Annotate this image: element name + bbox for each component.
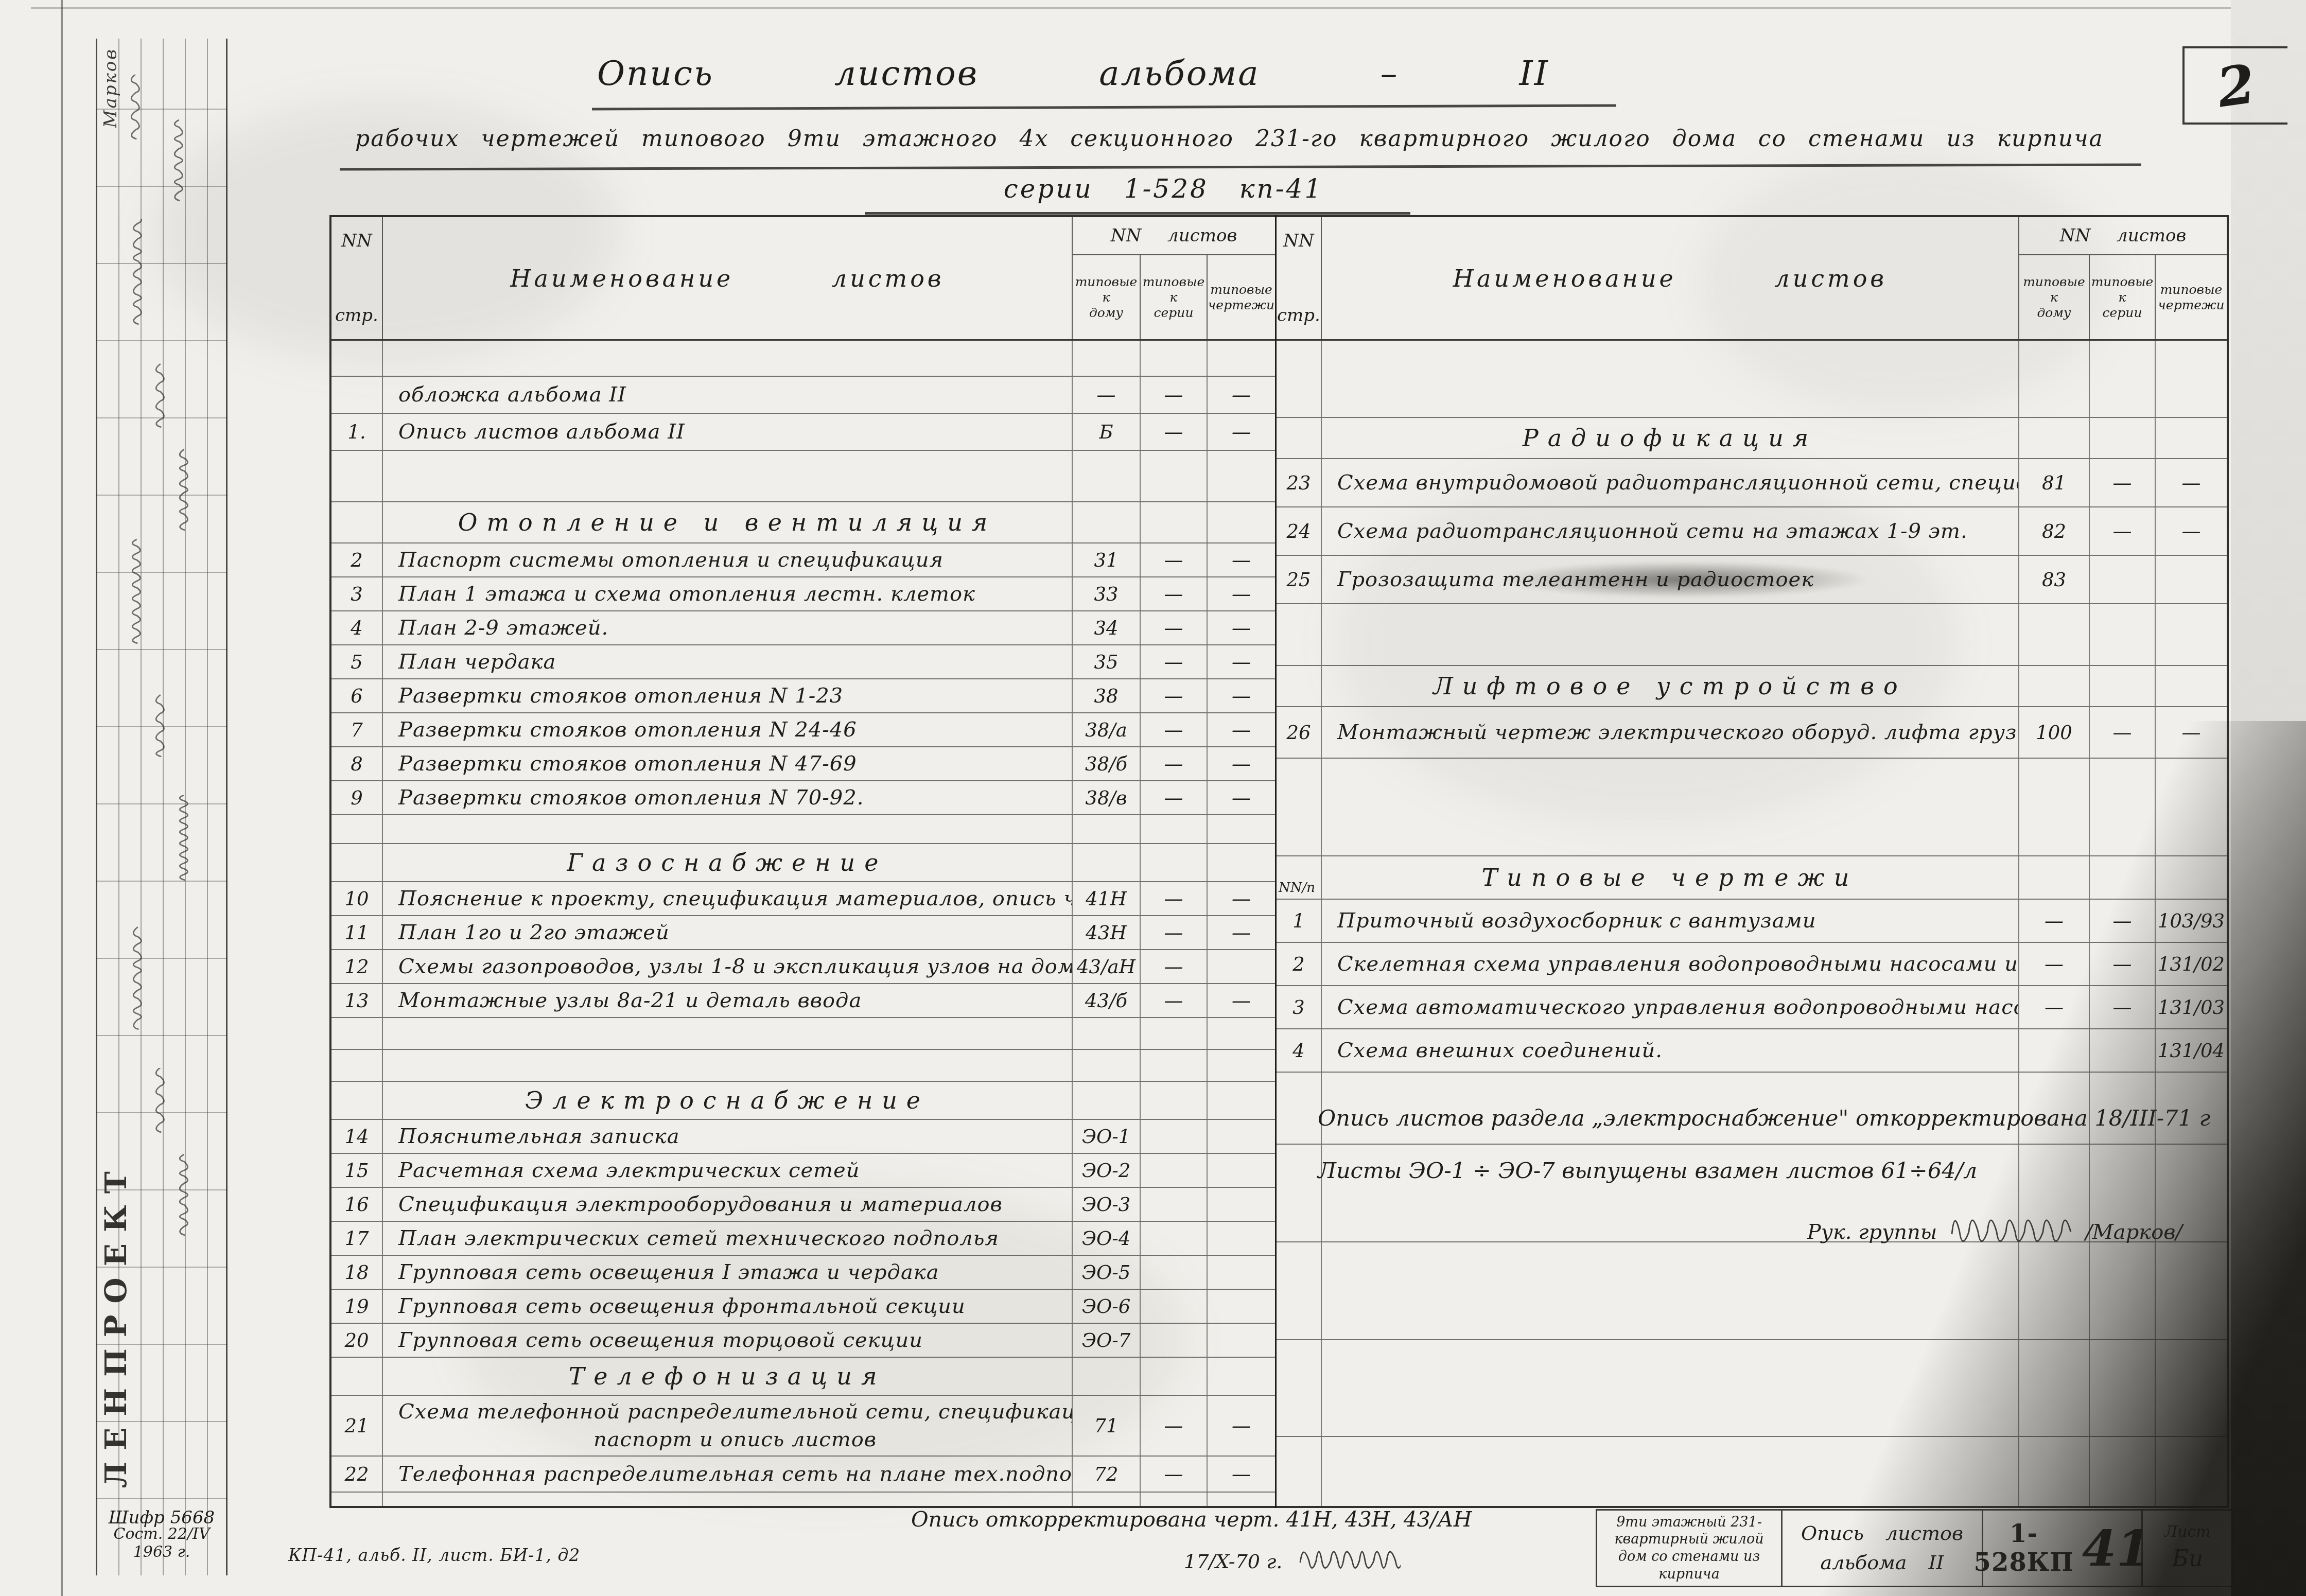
sheet-no-typical bbox=[1208, 502, 1275, 542]
sheet-no-house: 72 bbox=[1073, 1457, 1141, 1492]
section-row: Радиофикация bbox=[1277, 418, 2227, 459]
row-number: 11 bbox=[331, 916, 383, 949]
sheet-name: Грозозащита телеантенн и радиостоек bbox=[1322, 556, 2019, 603]
correction-note-bottom: Опись откорректирована черт. 41Н, 43Н, 4… bbox=[911, 1507, 1472, 1532]
sheet-no-typical bbox=[2156, 418, 2227, 458]
handwritten-entry bbox=[151, 692, 170, 759]
sheet-no-series: — bbox=[1141, 543, 1208, 576]
sheet-row: 2Паспорт системы отопления и спецификаци… bbox=[331, 543, 1275, 577]
sheet-no-typical bbox=[1208, 451, 1275, 501]
sheet-no-series: — bbox=[1141, 611, 1208, 644]
row-number: 2 bbox=[1277, 943, 1322, 985]
sheet-index-table-left: NN стр. Наименование листов NN листов ти… bbox=[329, 215, 1277, 1508]
sheet-row: 11План 1го и 2го этажей43Н—— bbox=[331, 916, 1275, 950]
row-number bbox=[1277, 1145, 1322, 1241]
sheet-name: Телефонизация bbox=[383, 1358, 1073, 1395]
sheet-name: Схема внутридомовой радиотрансляционной … bbox=[1322, 459, 2019, 506]
sheet-row: 17План электрических сетей технического … bbox=[331, 1222, 1275, 1256]
sheet-name: Развертки стояков отопления N 1-23 bbox=[383, 679, 1073, 712]
handwritten-entry bbox=[151, 363, 170, 430]
signature-squiggle bbox=[169, 116, 187, 203]
sheet-name: Пояснение к проекту, спецификация матери… bbox=[383, 882, 1073, 915]
row-number bbox=[331, 844, 383, 881]
empty-row bbox=[331, 1018, 1275, 1050]
empty-row bbox=[1277, 341, 2227, 418]
sheet-name bbox=[383, 1050, 1073, 1081]
sheet-name: Монтажные узлы 8а-21 и деталь ввода bbox=[383, 984, 1073, 1017]
row-number bbox=[331, 451, 383, 501]
empty-row bbox=[331, 1493, 1275, 1508]
signature-squiggle bbox=[128, 219, 146, 327]
handwritten-entry bbox=[128, 219, 148, 327]
sheet-row: 1.Опись листов альбома IIБ—— bbox=[331, 414, 1275, 451]
sheet-no-typical bbox=[1208, 1324, 1275, 1357]
column-header-name: Наименование листов bbox=[1322, 217, 2019, 339]
row-number bbox=[1277, 1073, 1322, 1144]
sheet-name bbox=[383, 451, 1073, 501]
sheet-no-series: — bbox=[1141, 679, 1208, 712]
sheet-row: 15Расчетная схема электрических сетейЭО-… bbox=[331, 1154, 1275, 1188]
sheet-no-typical: — bbox=[1208, 577, 1275, 610]
sheet-no-series bbox=[1141, 1188, 1208, 1221]
sheet-no-series: — bbox=[1141, 414, 1208, 450]
signature-squiggle bbox=[151, 1068, 168, 1135]
sheet-no-house: 31 bbox=[1073, 543, 1141, 576]
sheet-no-typical: — bbox=[1208, 543, 1275, 576]
sheet-no-typical: — bbox=[1208, 679, 1275, 712]
sheet-row: 25Грозозащита телеантенн и радиостоек83 bbox=[1277, 556, 2227, 604]
sheet-no-house: 71 bbox=[1073, 1396, 1141, 1455]
row-number bbox=[331, 815, 383, 843]
handwritten-entry bbox=[169, 116, 189, 203]
empty-row bbox=[331, 1050, 1275, 1082]
sheet-no-typical: — bbox=[1208, 645, 1275, 678]
sheet-name: Групповая сеть освещения фронтальной сек… bbox=[383, 1290, 1073, 1323]
sheet-name: Развертки стояков отопления N 47-69 bbox=[383, 747, 1073, 780]
sheet-no-house: 38/в bbox=[1073, 781, 1141, 814]
row-number bbox=[1277, 1340, 1322, 1436]
sheet-no-series bbox=[2090, 418, 2156, 458]
row-number: 19 bbox=[331, 1290, 383, 1323]
sheet-no-house bbox=[1073, 844, 1141, 881]
signature-squiggle bbox=[174, 1150, 192, 1238]
row-number: 23 bbox=[1277, 459, 1322, 506]
sheet-no-series: — bbox=[1141, 645, 1208, 678]
sheet-no-typical bbox=[1208, 1188, 1275, 1221]
row-number: 7 bbox=[331, 713, 383, 746]
sheet-no-typical bbox=[1208, 844, 1275, 881]
sheet-name: обложка альбома II bbox=[383, 377, 1073, 413]
sheet-name: Паспорт системы отопления и спецификация bbox=[383, 543, 1073, 576]
sheet-no-series: — bbox=[1141, 577, 1208, 610]
sheet-no-series bbox=[1141, 1222, 1208, 1255]
sheet-no-house: 82 bbox=[2019, 507, 2090, 555]
album-code-note: КП-41, альб. II, лист. БИ-1, д2 bbox=[288, 1545, 580, 1565]
sheet-no-series bbox=[1141, 1324, 1208, 1357]
sheet-name: Схема телефонной распределительной сети,… bbox=[383, 1396, 1073, 1455]
sheet-no-house: 34 bbox=[1073, 611, 1141, 644]
sheet-no-series: — bbox=[1141, 984, 1208, 1017]
sheet-name: Опись листов альбома II bbox=[383, 414, 1073, 450]
sheet-row: 7Развертки стояков отопления N 24-4638/а… bbox=[331, 713, 1275, 747]
sheet-no-series: — bbox=[1141, 377, 1208, 413]
sheet-no-series: — bbox=[1141, 747, 1208, 780]
section-row: Телефонизация bbox=[331, 1358, 1275, 1396]
column-header-name: Наименование листов bbox=[383, 217, 1073, 339]
title-underline bbox=[592, 104, 1616, 111]
sheet-name: Развертки стояков отопления N 24-46 bbox=[383, 713, 1073, 746]
sheet-no-house bbox=[1073, 502, 1141, 542]
sheet-no-typical bbox=[1208, 1493, 1275, 1508]
sheet-no-series bbox=[1141, 1290, 1208, 1323]
signature-squiggle bbox=[151, 363, 168, 430]
row-number: 2 bbox=[331, 543, 383, 576]
paper-edge-line bbox=[61, 0, 63, 1596]
sheet-row: 8Развертки стояков отопления N 47-6938/б… bbox=[331, 747, 1275, 781]
sheet-no-series bbox=[1141, 1018, 1208, 1049]
compile-date: Сост. 22/IV 1963 г. bbox=[97, 1525, 226, 1561]
row-number: 12 bbox=[331, 950, 383, 983]
sheet-name: Отопление и вентиляция bbox=[383, 502, 1073, 542]
sheet-no-house bbox=[2019, 666, 2090, 706]
sheet-no-typical bbox=[2156, 666, 2227, 706]
column-header-typical-series: типовые к серии bbox=[2090, 255, 2156, 339]
table-header: NN стр. Наименование листов NN листов ти… bbox=[331, 217, 1275, 341]
sheet-name: Газоснабжение bbox=[383, 844, 1073, 881]
sheet-no-typical bbox=[1208, 1018, 1275, 1049]
sheet-no-house: ЭО-5 bbox=[1073, 1256, 1141, 1289]
correction-date-line: 17/X-70 г. bbox=[1184, 1541, 1401, 1582]
sheet-row: 10Пояснение к проекту, спецификация мате… bbox=[331, 882, 1275, 916]
row-number: 1. bbox=[331, 414, 383, 450]
sheet-no-typical bbox=[2156, 556, 2227, 603]
sheet-no-typical: — bbox=[1208, 1457, 1275, 1492]
sheet-no-house bbox=[1073, 341, 1141, 376]
org-name-vertical: ЛЕНПРОЕКТ bbox=[98, 1160, 133, 1488]
sheet-no-house: 41Н bbox=[1073, 882, 1141, 915]
sheet-no-house bbox=[1073, 1358, 1141, 1395]
sheet-name bbox=[1322, 341, 2019, 417]
row-number: 17 bbox=[331, 1222, 383, 1255]
sheet-row: 9Развертки стояков отопления N 70-92.38/… bbox=[331, 781, 1275, 815]
sheet-no-typical: — bbox=[1208, 414, 1275, 450]
sheet-row: обложка альбома II——— bbox=[331, 377, 1275, 414]
empty-row bbox=[331, 341, 1275, 377]
column-header-typical-series: типовые к серии bbox=[1141, 255, 1208, 339]
row-number: 25 bbox=[1277, 556, 1322, 603]
sheet-no-series bbox=[1141, 1082, 1208, 1119]
series-underline bbox=[865, 212, 1410, 215]
sheet-no-house: 38/б bbox=[1073, 747, 1141, 780]
sheet-row: 5План чердака35—— bbox=[331, 645, 1275, 679]
sheet-no-series bbox=[1141, 341, 1208, 376]
sheet-name: Спецификация электрооборудования и матер… bbox=[383, 1188, 1073, 1221]
sheet-name: Пояснительная записка bbox=[383, 1120, 1073, 1153]
row-number bbox=[1277, 341, 1322, 417]
sheet-no-series: — bbox=[1141, 1457, 1208, 1492]
sheet-no-typical bbox=[1208, 1050, 1275, 1081]
sheet-name: Телефонная распределительная сеть на пла… bbox=[383, 1457, 1073, 1492]
sheet-name: План электрических сетей технического по… bbox=[383, 1222, 1073, 1255]
row-number: 3 bbox=[1277, 986, 1322, 1028]
sheet-no-typical bbox=[1208, 341, 1275, 376]
sheet-no-series bbox=[1141, 1120, 1208, 1153]
section-row: Отопление и вентиляция bbox=[331, 502, 1275, 543]
row-number: 24 bbox=[1277, 507, 1322, 555]
sheet-no-series: — bbox=[1141, 781, 1208, 814]
sheet-no-house bbox=[1073, 1018, 1141, 1049]
row-number: 21 bbox=[331, 1396, 383, 1455]
sheet-no-series bbox=[2090, 341, 2156, 417]
sheet-name: Радиофикация bbox=[1322, 418, 2019, 458]
page-number-box: 2 bbox=[2182, 46, 2287, 125]
row-number: 10 bbox=[331, 882, 383, 915]
sheet-no-typical bbox=[1208, 1290, 1275, 1323]
row-number: 22 bbox=[331, 1457, 383, 1492]
sheet-name: Групповая сеть освещения торцовой секции bbox=[383, 1324, 1073, 1357]
sheet-no-typical bbox=[2156, 604, 2227, 665]
column-header-typical-drawings: типовые чертежи bbox=[2156, 255, 2227, 339]
handwritten-entry bbox=[174, 1150, 194, 1238]
row-number bbox=[331, 377, 383, 413]
row-number bbox=[331, 1493, 383, 1508]
handwritten-entry bbox=[126, 75, 146, 142]
row-number: 4 bbox=[1277, 1029, 1322, 1072]
sheet-no-series bbox=[2090, 666, 2156, 706]
row-number bbox=[331, 1050, 383, 1081]
sheet-row: 21Схема телефонной распределительной сет… bbox=[331, 1396, 1275, 1457]
sheet-no-typical: — bbox=[1208, 713, 1275, 746]
sheet-no-house: 33 bbox=[1073, 577, 1141, 610]
sheet-name: Схема радиотрансляционной сети на этажах… bbox=[1322, 507, 2019, 555]
sheet-name: План 2-9 этажей. bbox=[383, 611, 1073, 644]
section-row: Газоснабжение bbox=[331, 844, 1275, 882]
row-number bbox=[1277, 1242, 1322, 1339]
sheet-row: 16Спецификация электрооборудования и мат… bbox=[331, 1188, 1275, 1222]
column-header-typical-drawings: типовые чертежи bbox=[1208, 255, 1275, 339]
sheet-no-typical: — bbox=[1208, 916, 1275, 949]
column-header-number: NN стр. bbox=[1277, 217, 1322, 339]
sheet-no-typical bbox=[1208, 1120, 1275, 1153]
row-number bbox=[331, 341, 383, 376]
section-row: Электроснабжение bbox=[331, 1082, 1275, 1120]
empty-row bbox=[331, 815, 1275, 844]
sheet-no-series bbox=[1141, 1154, 1208, 1187]
column-header-typical-house: типовые к дому bbox=[2019, 255, 2090, 339]
sheet-no-series bbox=[1141, 844, 1208, 881]
sheet-name: Расчетная схема электрических сетей bbox=[383, 1154, 1073, 1187]
sheet-no-house bbox=[1073, 815, 1141, 843]
sheet-row: 14Пояснительная запискаЭО-1 bbox=[331, 1120, 1275, 1154]
signature-squiggle bbox=[126, 75, 144, 142]
handwritten-entry bbox=[151, 1068, 170, 1135]
handwritten-entry bbox=[128, 924, 148, 1032]
sheet-row: 20Групповая сеть освещения торцовой секц… bbox=[331, 1324, 1275, 1358]
sheet-name: План чердака bbox=[383, 645, 1073, 678]
sheet-no-series: — bbox=[2090, 507, 2156, 555]
sheet-row: 3План 1 этажа и схема отопления лестн. к… bbox=[331, 577, 1275, 611]
handwritten-entry bbox=[127, 538, 147, 646]
sheet-no-house: — bbox=[1073, 377, 1141, 413]
sheet-no-house: 81 bbox=[2019, 459, 2090, 506]
row-number: 5 bbox=[331, 645, 383, 678]
sheet-no-house: 43/б bbox=[1073, 984, 1141, 1017]
sheet-no-house: 43Н bbox=[1073, 916, 1141, 949]
sheet-no-series: — bbox=[1141, 882, 1208, 915]
sheet-no-typical bbox=[1208, 815, 1275, 843]
sheet-no-series bbox=[1141, 1050, 1208, 1081]
sheet-row: 24Схема радиотрансляционной сети на этаж… bbox=[1277, 507, 2227, 556]
sheet-no-house: ЭО-1 bbox=[1073, 1120, 1141, 1153]
page-number: 2 bbox=[2213, 51, 2259, 119]
sheet-no-series bbox=[1141, 1358, 1208, 1395]
sheet-no-house bbox=[2019, 604, 2090, 665]
sheet-name: Развертки стояков отопления N 70-92. bbox=[383, 781, 1073, 814]
column-header-sheets: NN листов типовые к дому типовые к серии… bbox=[1073, 217, 1275, 339]
sheet-no-typical: — bbox=[1208, 377, 1275, 413]
sheet-row: 19Групповая сеть освещения фронтальной с… bbox=[331, 1290, 1275, 1324]
section-row: Лифтовое устройство bbox=[1277, 666, 2227, 707]
column-header-sheets: NN листов типовые к дому типовые к серии… bbox=[2019, 217, 2227, 339]
sheet-no-series: — bbox=[1141, 713, 1208, 746]
table-body-left: обложка альбома II———1.Опись листов альб… bbox=[331, 341, 1275, 1508]
approval-strip: Марков ЛЕНПРОЕКТ Шифр 5668 Сост. 22/IV 1… bbox=[96, 39, 228, 1575]
sheet-no-series bbox=[1141, 451, 1208, 501]
sheet-name bbox=[383, 815, 1073, 843]
sheet-row: 13Монтажные узлы 8а-21 и деталь ввода43/… bbox=[331, 984, 1275, 1018]
sheet-name: План 1 этажа и схема отопления лестн. кл… bbox=[383, 577, 1073, 610]
sheet-name: Групповая сеть освещения I этажа и черда… bbox=[383, 1256, 1073, 1289]
sheet-no-typical: — bbox=[1208, 1396, 1275, 1455]
sheet-row: 23Схема внутридомовой радиотрансляционно… bbox=[1277, 459, 2227, 507]
sheet-row: 4План 2-9 этажей.34—— bbox=[331, 611, 1275, 645]
sheet-no-series bbox=[2090, 556, 2156, 603]
sheet-no-typical bbox=[1208, 1358, 1275, 1395]
signature-squiggle bbox=[151, 692, 168, 759]
sheet-no-house: 38/а bbox=[1073, 713, 1141, 746]
sheet-no-typical bbox=[1208, 1154, 1275, 1187]
sheet-no-house: 38 bbox=[1073, 679, 1141, 712]
signature-area bbox=[1298, 1541, 1401, 1582]
sheet-name: Лифтовое устройство bbox=[1322, 666, 2019, 706]
sheet-no-series bbox=[1141, 502, 1208, 542]
sheet-no-house bbox=[2019, 341, 2090, 417]
sheet-row: 22Телефонная распределительная сеть на п… bbox=[331, 1457, 1275, 1493]
sheet-no-house: ЭО-3 bbox=[1073, 1188, 1141, 1221]
handwritten-entry bbox=[174, 445, 194, 533]
signature-squiggle bbox=[128, 924, 146, 1032]
signature-squiggle bbox=[174, 795, 192, 883]
sheet-no-house: 43/аН bbox=[1073, 950, 1141, 983]
sheet-no-house: ЭО-4 bbox=[1073, 1222, 1141, 1255]
series-line: серии 1-528 кп-41 bbox=[906, 174, 1421, 204]
row-number: 6 bbox=[331, 679, 383, 712]
sheet-no-house: 35 bbox=[1073, 645, 1141, 678]
sheet-row: 6Развертки стояков отопления N 1-2338—— bbox=[331, 679, 1275, 713]
sheet-no-series: — bbox=[1141, 1396, 1208, 1455]
row-number: 26 bbox=[1277, 707, 1322, 758]
sheet-no-typical: — bbox=[2156, 507, 2227, 555]
sheet-name bbox=[1322, 604, 2019, 665]
row-number: 15 bbox=[331, 1154, 383, 1187]
sheet-name bbox=[383, 341, 1073, 376]
sheet-no-typical bbox=[1208, 1082, 1275, 1119]
row-number: 3 bbox=[331, 577, 383, 610]
sheet-no-house: ЭО-7 bbox=[1073, 1324, 1141, 1357]
np-column-label: NN/п bbox=[1279, 880, 1315, 896]
empty-row bbox=[331, 451, 1275, 502]
sheet-no-typical: — bbox=[1208, 781, 1275, 814]
row-number: NN/п bbox=[1277, 856, 1322, 899]
column-header-typical-house: типовые к дому bbox=[1073, 255, 1141, 339]
row-number: 16 bbox=[331, 1188, 383, 1221]
sheet-name: План 1го и 2го этажей bbox=[383, 916, 1073, 949]
sheet-no-series: — bbox=[2090, 459, 2156, 506]
sheet-no-series bbox=[1141, 1256, 1208, 1289]
sheet-row: 12Схемы газопроводов, узлы 1-8 и эксплик… bbox=[331, 950, 1275, 984]
paper-edge-line bbox=[31, 7, 2244, 9]
sheet-no-typical bbox=[2156, 341, 2227, 417]
sheet-no-series bbox=[1141, 815, 1208, 843]
row-number bbox=[331, 1082, 383, 1119]
sheet-no-house: ЭО-6 bbox=[1073, 1290, 1141, 1323]
sheet-row: 18Групповая сеть освещения I этажа и чер… bbox=[331, 1256, 1275, 1290]
scanned-drawing-register-sheet: Марков ЛЕНПРОЕКТ Шифр 5668 Сост. 22/IV 1… bbox=[0, 0, 2306, 1596]
sheet-no-series: — bbox=[1141, 916, 1208, 949]
sheet-no-house bbox=[1073, 1493, 1141, 1508]
sheet-no-house: Б bbox=[1073, 414, 1141, 450]
row-number: 18 bbox=[331, 1256, 383, 1289]
row-number: 4 bbox=[331, 611, 383, 644]
row-number bbox=[1277, 666, 1322, 706]
row-number bbox=[331, 1358, 383, 1395]
sheet-no-series bbox=[1141, 1493, 1208, 1508]
handwritten-entry bbox=[174, 795, 194, 883]
row-number: 8 bbox=[331, 747, 383, 780]
sheet-name bbox=[383, 1018, 1073, 1049]
row-number: 1 bbox=[1277, 900, 1322, 942]
sheet-no-typical: — bbox=[2156, 459, 2227, 506]
sheet-no-typical bbox=[1208, 1256, 1275, 1289]
sheet-name bbox=[383, 1493, 1073, 1508]
doc-subtitle: рабочих чертежей типового 9ти этажного 4… bbox=[355, 126, 2208, 152]
sheet-name: Схемы газопроводов, узлы 1-8 и экспликац… bbox=[383, 950, 1073, 983]
sheet-name: Электроснабжение bbox=[383, 1082, 1073, 1119]
row-number bbox=[1277, 604, 1322, 665]
signature-squiggle bbox=[127, 538, 145, 646]
sheet-no-typical: — bbox=[1208, 984, 1275, 1017]
sheet-no-house bbox=[1073, 1082, 1141, 1119]
sheet-no-typical bbox=[1208, 950, 1275, 983]
sheet-no-typical bbox=[1208, 1222, 1275, 1255]
signature-squiggle bbox=[174, 445, 192, 533]
sheet-no-typical: — bbox=[1208, 611, 1275, 644]
row-number bbox=[331, 502, 383, 542]
sheet-no-house bbox=[1073, 1050, 1141, 1081]
sheet-no-house: 83 bbox=[2019, 556, 2090, 603]
row-number bbox=[1277, 759, 1322, 855]
table-header: NN стр. Наименование листов NN листов ти… bbox=[1277, 217, 2227, 341]
row-number bbox=[1277, 1437, 1322, 1508]
doc-title: Опись листов альбома – II bbox=[597, 54, 1606, 93]
row-number bbox=[1277, 418, 1322, 458]
approver-name: Марков bbox=[100, 48, 121, 128]
row-number: 20 bbox=[331, 1324, 383, 1357]
sheet-no-house bbox=[1073, 451, 1141, 501]
row-number: 9 bbox=[331, 781, 383, 814]
sheet-no-typical: — bbox=[1208, 747, 1275, 780]
signature-squiggle bbox=[1298, 1541, 1401, 1577]
